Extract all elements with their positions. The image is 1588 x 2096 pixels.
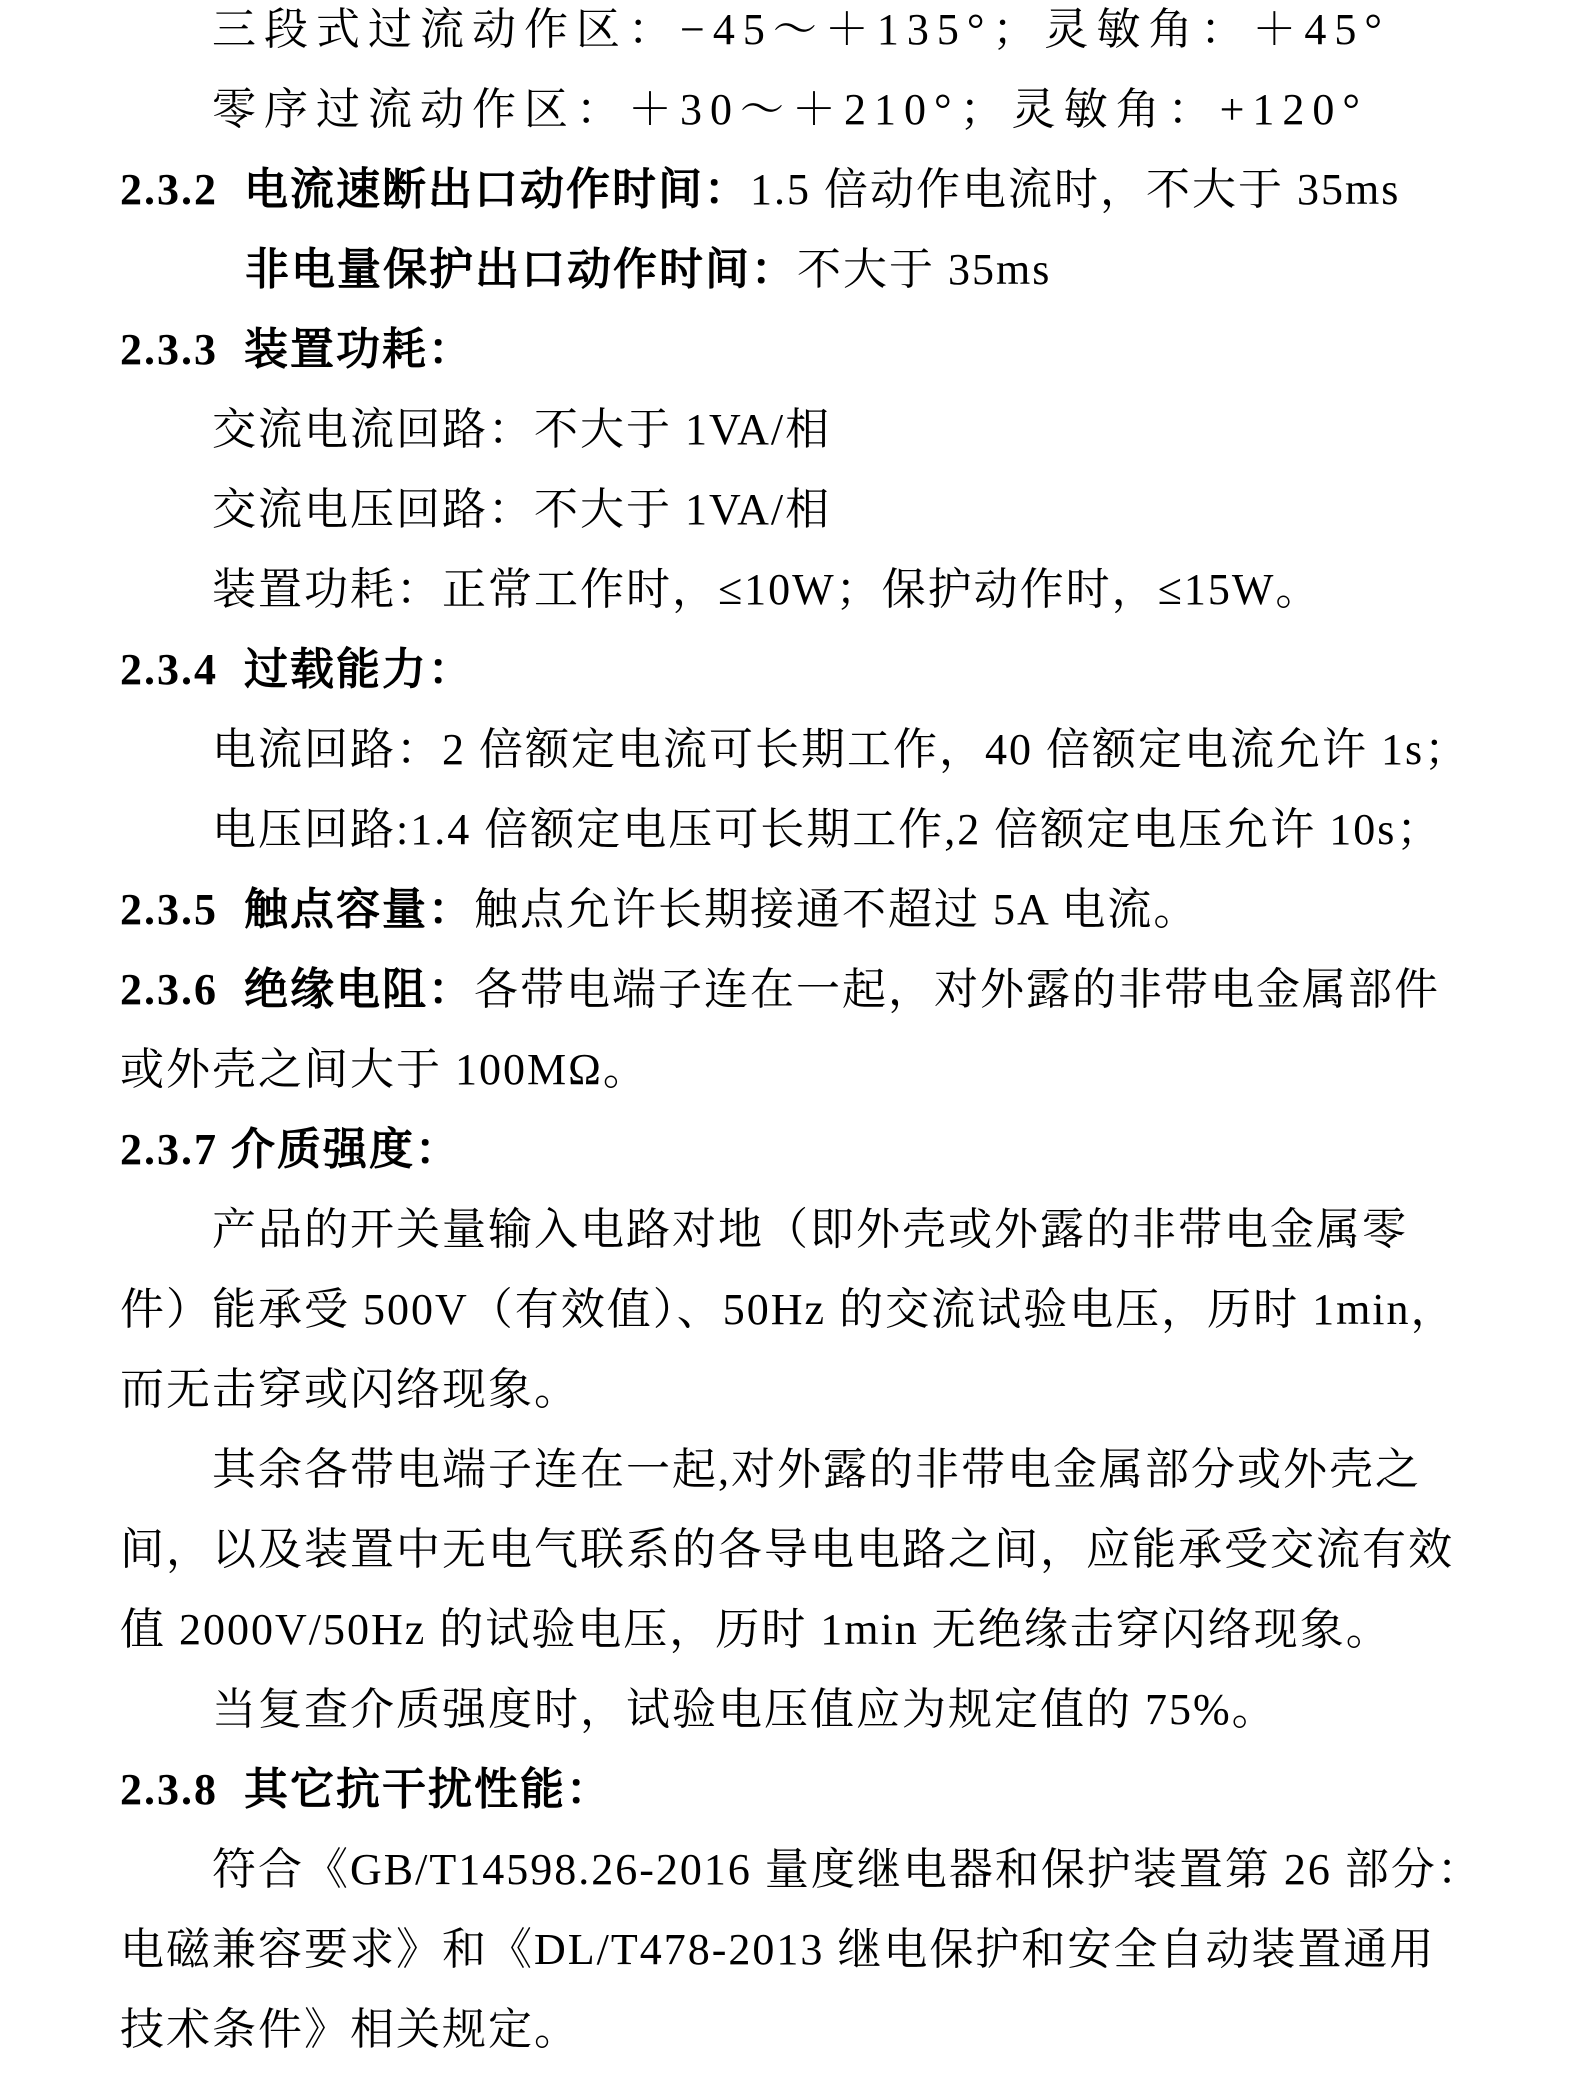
heading-segment: 2.3.7 介质强度： (120, 1125, 461, 1174)
heading-segment: 2.3.5 触点容量： (120, 885, 474, 934)
text-segment: 零序过流动作区：＋30～＋210°；灵敏角：+120° (212, 85, 1368, 134)
text-line: 间，以及装置中无电气联系的各导电电路之间，应能承受交流有效 (120, 1510, 1500, 1590)
text-line: 非电量保护出口动作时间：不大于 35ms (120, 230, 1500, 310)
text-segment: 值 2000V/50Hz 的试验电压，历时 1min 无绝缘击穿闪络现象。 (120, 1605, 1392, 1654)
text-line: 产品的开关量输入电路对地（即外壳或外露的非带电金属零 (120, 1190, 1500, 1270)
text-line: 2.3.6 绝缘电阻：各带电端子连在一起，对外露的非带电金属部件 (120, 950, 1500, 1030)
text-segment: 交流电流回路：不大于 1VA/相 (212, 405, 831, 454)
text-line: 2.3.5 触点容量：触点允许长期接通不超过 5A 电流。 (120, 870, 1500, 950)
text-line: 2.3.3 装置功耗： (120, 310, 1500, 390)
text-line: 技术条件》相关规定。 (120, 1990, 1500, 2070)
text-segment: 当复查介质强度时，试验电压值应为规定值的 75%。 (212, 1685, 1278, 1734)
heading-segment: 2.3.8 其它抗干扰性能： (120, 1765, 612, 1814)
text-line: 符合《GB/T14598.26-2016 量度继电器和保护装置第 26 部分： (120, 1830, 1500, 1910)
text-line: 装置功耗：正常工作时，≤10W；保护动作时，≤15W。 (120, 550, 1500, 630)
text-line: 2.3.2 电流速断出口动作时间：1.5 倍动作电流时，不大于 35ms (120, 150, 1500, 230)
text-line: 值 2000V/50Hz 的试验电压，历时 1min 无绝缘击穿闪络现象。 (120, 1590, 1500, 1670)
text-line: 2.3.4 过载能力： (120, 630, 1500, 710)
text-line: 其余各带电端子连在一起,对外露的非带电金属部分或外壳之 (120, 1430, 1500, 1510)
text-segment: 交流电压回路：不大于 1VA/相 (212, 485, 831, 534)
text-segment: 三段式过流动作区：−45～＋135°；灵敏角：＋45° (212, 5, 1390, 54)
text-segment: 或外壳之间大于 100MΩ。 (120, 1045, 649, 1094)
text-segment: 产品的开关量输入电路对地（即外壳或外露的非带电金属零 (212, 1205, 1408, 1254)
heading-segment: 2.3.2 电流速断出口动作时间： (120, 165, 750, 214)
text-line: 电流回路：2 倍额定电流可长期工作，40 倍额定电流允许 1s； (120, 710, 1500, 790)
text-line: 交流电压回路：不大于 1VA/相 (120, 470, 1500, 550)
heading-segment: 2.3.6 绝缘电阻： (120, 965, 474, 1014)
text-segment: 符合《GB/T14598.26-2016 量度继电器和保护装置第 26 部分： (212, 1845, 1483, 1894)
text-line: 零序过流动作区：＋30～＋210°；灵敏角：+120° (120, 70, 1500, 150)
document-page: 三段式过流动作区：−45～＋135°；灵敏角：＋45°零序过流动作区：＋30～＋… (0, 0, 1588, 2096)
text-line: 2.3.8 其它抗干扰性能： (120, 1750, 1500, 1830)
heading-segment: 2.3.3 装置功耗： (120, 325, 474, 374)
text-line: 电压回路:1.4 倍额定电压可长期工作,2 倍额定电压允许 10s； (120, 790, 1500, 870)
text-segment: 不大于 35ms (797, 245, 1051, 294)
text-segment: 技术条件》相关规定。 (120, 2005, 580, 2054)
heading-segment: 非电量保护出口动作时间： (245, 245, 797, 294)
text-segment: 电磁兼容要求》和《DL/T478-2013 继电保护和安全自动装置通用 (120, 1925, 1435, 1974)
text-line: 当复查介质强度时，试验电压值应为规定值的 75%。 (120, 1670, 1500, 1750)
text-line: 三段式过流动作区：−45～＋135°；灵敏角：＋45° (120, 0, 1500, 70)
text-segment: 而无击穿或闪络现象。 (120, 1365, 580, 1414)
text-segment: 间，以及装置中无电气联系的各导电电路之间，应能承受交流有效 (120, 1525, 1454, 1574)
text-line: 而无击穿或闪络现象。 (120, 1350, 1500, 1430)
text-segment: 件）能承受 500V（有效值）、50Hz 的交流试验电压，历时 1min， (120, 1285, 1457, 1334)
text-line: 或外壳之间大于 100MΩ。 (120, 1030, 1500, 1110)
text-line: 2.3.7 介质强度： (120, 1110, 1500, 1190)
text-line: 件）能承受 500V（有效值）、50Hz 的交流试验电压，历时 1min， (120, 1270, 1500, 1350)
text-segment: 电流回路：2 倍额定电流可长期工作，40 倍额定电流允许 1s； (212, 725, 1470, 774)
text-segment: 1.5 倍动作电流时，不大于 35ms (750, 165, 1400, 214)
document-body: 三段式过流动作区：−45～＋135°；灵敏角：＋45°零序过流动作区：＋30～＋… (0, 0, 1588, 2070)
text-segment: 触点允许长期接通不超过 5A 电流。 (474, 885, 1199, 934)
text-segment: 其余各带电端子连在一起,对外露的非带电金属部分或外壳之 (212, 1445, 1421, 1494)
text-segment: 各带电端子连在一起，对外露的非带电金属部件 (474, 965, 1440, 1014)
text-segment: 装置功耗：正常工作时，≤10W；保护动作时，≤15W。 (212, 565, 1321, 614)
text-line: 电磁兼容要求》和《DL/T478-2013 继电保护和安全自动装置通用 (120, 1910, 1500, 1990)
text-line: 交流电流回路：不大于 1VA/相 (120, 390, 1500, 470)
heading-segment: 2.3.4 过载能力： (120, 645, 474, 694)
text-segment: 电压回路:1.4 倍额定电压可长期工作,2 倍额定电压允许 10s； (212, 805, 1442, 854)
